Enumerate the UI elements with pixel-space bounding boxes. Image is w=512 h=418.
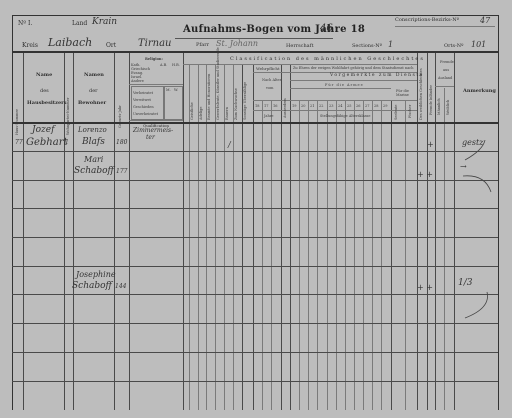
religion-divider (129, 84, 183, 85)
kreis-value: Laibach (48, 36, 92, 49)
row1-mark: / (228, 140, 231, 149)
pfarr-value: St. Johann (216, 39, 258, 48)
row-line (12, 352, 498, 353)
fremde-col: Männlich (437, 98, 441, 115)
row1-partei: 1 (65, 139, 69, 146)
ort-label: Ort (106, 42, 116, 49)
form-title: Aufnahms-Bogen vom Jahre 18 (183, 24, 365, 35)
header-bottom-line (12, 122, 498, 124)
age-col: 28 (374, 104, 378, 108)
vorgemerkte-header: Vorgemerkte zum Dienste (330, 73, 424, 78)
besitzer-header-2: des (40, 88, 49, 94)
frame-right-line (498, 15, 499, 410)
marine-header: Marine (396, 93, 409, 97)
row5-bewohner-last: Schaboff (72, 281, 112, 291)
class-col-header: Zum Nachwuchse (234, 88, 238, 120)
row-line (12, 323, 498, 324)
stand-row: Verwitwet (133, 98, 151, 102)
age-col: 25 (347, 104, 351, 108)
age-header: 17 (264, 104, 268, 108)
subcol (444, 88, 445, 410)
subcol (299, 100, 300, 410)
religion-row: Andere (131, 79, 144, 83)
bewohner-header-1: Namen (84, 72, 104, 78)
row5-weiblich: + + (417, 283, 433, 292)
row-line (12, 294, 498, 295)
form-number: Nº I. (18, 20, 32, 27)
subcol (363, 100, 364, 410)
ausserdem-header: Ausserdem (283, 98, 287, 118)
age-col: 21 (310, 104, 314, 108)
row2-jahr: 177 (116, 168, 127, 175)
row2-bewohner-first: Mari (84, 155, 103, 164)
marine-col: Seeleute (394, 105, 398, 120)
erwerbsfaehige-note: Zu Ehren der ewigen Wohlfahrt gehörig un… (293, 66, 414, 70)
class-col-header: Beamte und Honoratioren (207, 74, 211, 120)
orts-label: Orts-Nº (444, 43, 463, 49)
row1-bewohner-last: Blafs (82, 137, 105, 147)
weibliche-header: Des weiblichen Geschlechtes (419, 68, 423, 120)
marine-col: Fischer (408, 105, 412, 118)
row1-besitzer-first: Jozef (32, 125, 54, 135)
col-line-1 (23, 53, 24, 410)
col-line-13 (427, 53, 428, 410)
col-line-5 (129, 53, 130, 410)
sections-label: Sections-Nº (352, 43, 382, 49)
sections-value: 1 (388, 40, 393, 49)
fur-armee-header: Für die Armee (325, 83, 364, 87)
header-separator (12, 51, 498, 53)
pfarr-label: Pfarr (196, 42, 209, 48)
fremde-divider (435, 86, 454, 87)
col-line-14 (435, 53, 436, 410)
age-col: 26 (356, 104, 360, 108)
conscription-underline (395, 26, 495, 27)
stand-row: Verheiratet (133, 91, 153, 95)
armee-divider (290, 88, 391, 89)
stand-row: Geschieden (133, 105, 154, 109)
wehrpflicht-divider (253, 72, 290, 73)
row1-besitzer-last: Gebhart (26, 137, 68, 148)
frame-top-line (12, 15, 498, 16)
row1-qualification-2: ter (146, 134, 155, 141)
stellungsfaehige-label: Stellungsfähige Altersklasse (320, 114, 370, 118)
col-line-12 (417, 53, 418, 410)
class-col-header: Gewerbsleute, Künstler und Studierende (216, 47, 220, 120)
kreis-label: Kreis (22, 42, 38, 49)
age-col: 24 (338, 104, 342, 108)
vorgemerkte-divider (290, 80, 417, 81)
row-line (12, 180, 498, 181)
ort-value: Tirnau (138, 38, 172, 49)
class-col-header: Adelige (199, 107, 203, 120)
age-col: 23 (329, 104, 333, 108)
religion-head: H.B. (172, 63, 180, 67)
fremde-header: Fremde (440, 60, 454, 64)
qualification-divider (129, 120, 183, 121)
stand-row: Unverheiratet (133, 112, 158, 116)
nach-alter-header: Nach Alter (262, 78, 281, 82)
age-row-top (253, 100, 417, 101)
row1-weiblich: + (427, 140, 434, 149)
col-line-4 (114, 53, 115, 410)
class-col-header: Bauern (225, 107, 229, 120)
row2-bewohner-last: Schaboff (74, 166, 114, 176)
conscription-value: 47 (480, 16, 490, 25)
row-line (12, 266, 498, 267)
religion-title: Religion: (145, 57, 163, 61)
geburtsjahr-header: Geburts-Jahr (118, 105, 122, 128)
subcol (271, 100, 272, 410)
subcol (345, 100, 346, 410)
row1-qualification-1: Zimmermeis- (133, 127, 173, 134)
subcol (262, 100, 263, 410)
subcol (354, 100, 355, 410)
jahre-label: Jahre (264, 114, 274, 118)
subcol (372, 100, 373, 410)
land-label: Land (72, 20, 87, 27)
annotation-strokes (455, 140, 495, 320)
census-form-page: Nº I. Land Krain Aufnahms-Bogen vom Jahr… (0, 0, 512, 418)
land-value: Krain (92, 17, 117, 27)
subcol (327, 100, 328, 410)
age-col: 20 (301, 104, 305, 108)
stand-head: W. (174, 88, 178, 92)
anmerkung-header: Anmerkung (463, 88, 496, 94)
class-col-header: Sonstige Überzählige (243, 82, 247, 120)
fremde-header: Ausland (438, 76, 452, 80)
age-row-bottom (253, 110, 417, 111)
fremde-col: Weiblich (446, 100, 450, 115)
age-header: 16 (273, 104, 277, 108)
row-line (12, 237, 498, 238)
col-line-6 (183, 53, 184, 410)
frame-left-line (12, 15, 13, 410)
wohnpartei-header: Wohnpartei-Nummer (66, 98, 70, 135)
class-col-header: Geistliche (190, 102, 194, 120)
row5-bewohner-first: Josephine (76, 270, 116, 279)
subcol (405, 100, 406, 410)
row5-jahr: 144 (115, 283, 126, 290)
fremde-header: aus (443, 68, 449, 72)
classification-title: Classification des männlichen Geschlecht… (230, 56, 425, 62)
row-line (12, 381, 498, 382)
row1-jahr: 180 (116, 139, 127, 146)
row-line (12, 151, 498, 152)
year-value: 46 (320, 23, 333, 34)
row2-weiblich: + + (417, 170, 433, 179)
age-col: 29 (383, 104, 387, 108)
age-col: 27 (365, 104, 369, 108)
subcol (317, 100, 318, 410)
age-col: 19 (292, 104, 296, 108)
stand-head: M. (166, 88, 171, 92)
row1-haus-nr: 77 (15, 139, 23, 146)
col-line-11 (391, 100, 392, 410)
subcol (336, 100, 337, 410)
fremde-inlaender-header: Fremde Inländer (429, 85, 433, 115)
conscription-label: Conscriptions-Bezirks-Nº (395, 17, 459, 23)
wehrpflicht-header: Wehrpflicht (256, 66, 280, 71)
orts-value: 101 (471, 40, 486, 49)
col-line-2 (64, 53, 65, 410)
col-line-3 (73, 53, 74, 410)
nach-alter-sub: vom (266, 86, 273, 90)
subcol (381, 100, 382, 410)
herrschaft-label: Herrschaft (286, 43, 314, 49)
besitzer-header-1: Name (36, 72, 52, 78)
religion-head: A.B. (160, 63, 167, 67)
bewohner-header-3: Bewohner (78, 100, 106, 106)
row-line (12, 208, 498, 209)
row1-bewohner-first: Lorenzo (78, 126, 107, 134)
subcol (308, 100, 309, 410)
age-col: 22 (319, 104, 323, 108)
bewohner-header-2: der (89, 88, 98, 94)
age-header: 18 (255, 104, 259, 108)
besitzer-header-3: Hausbesitzers (27, 100, 67, 106)
